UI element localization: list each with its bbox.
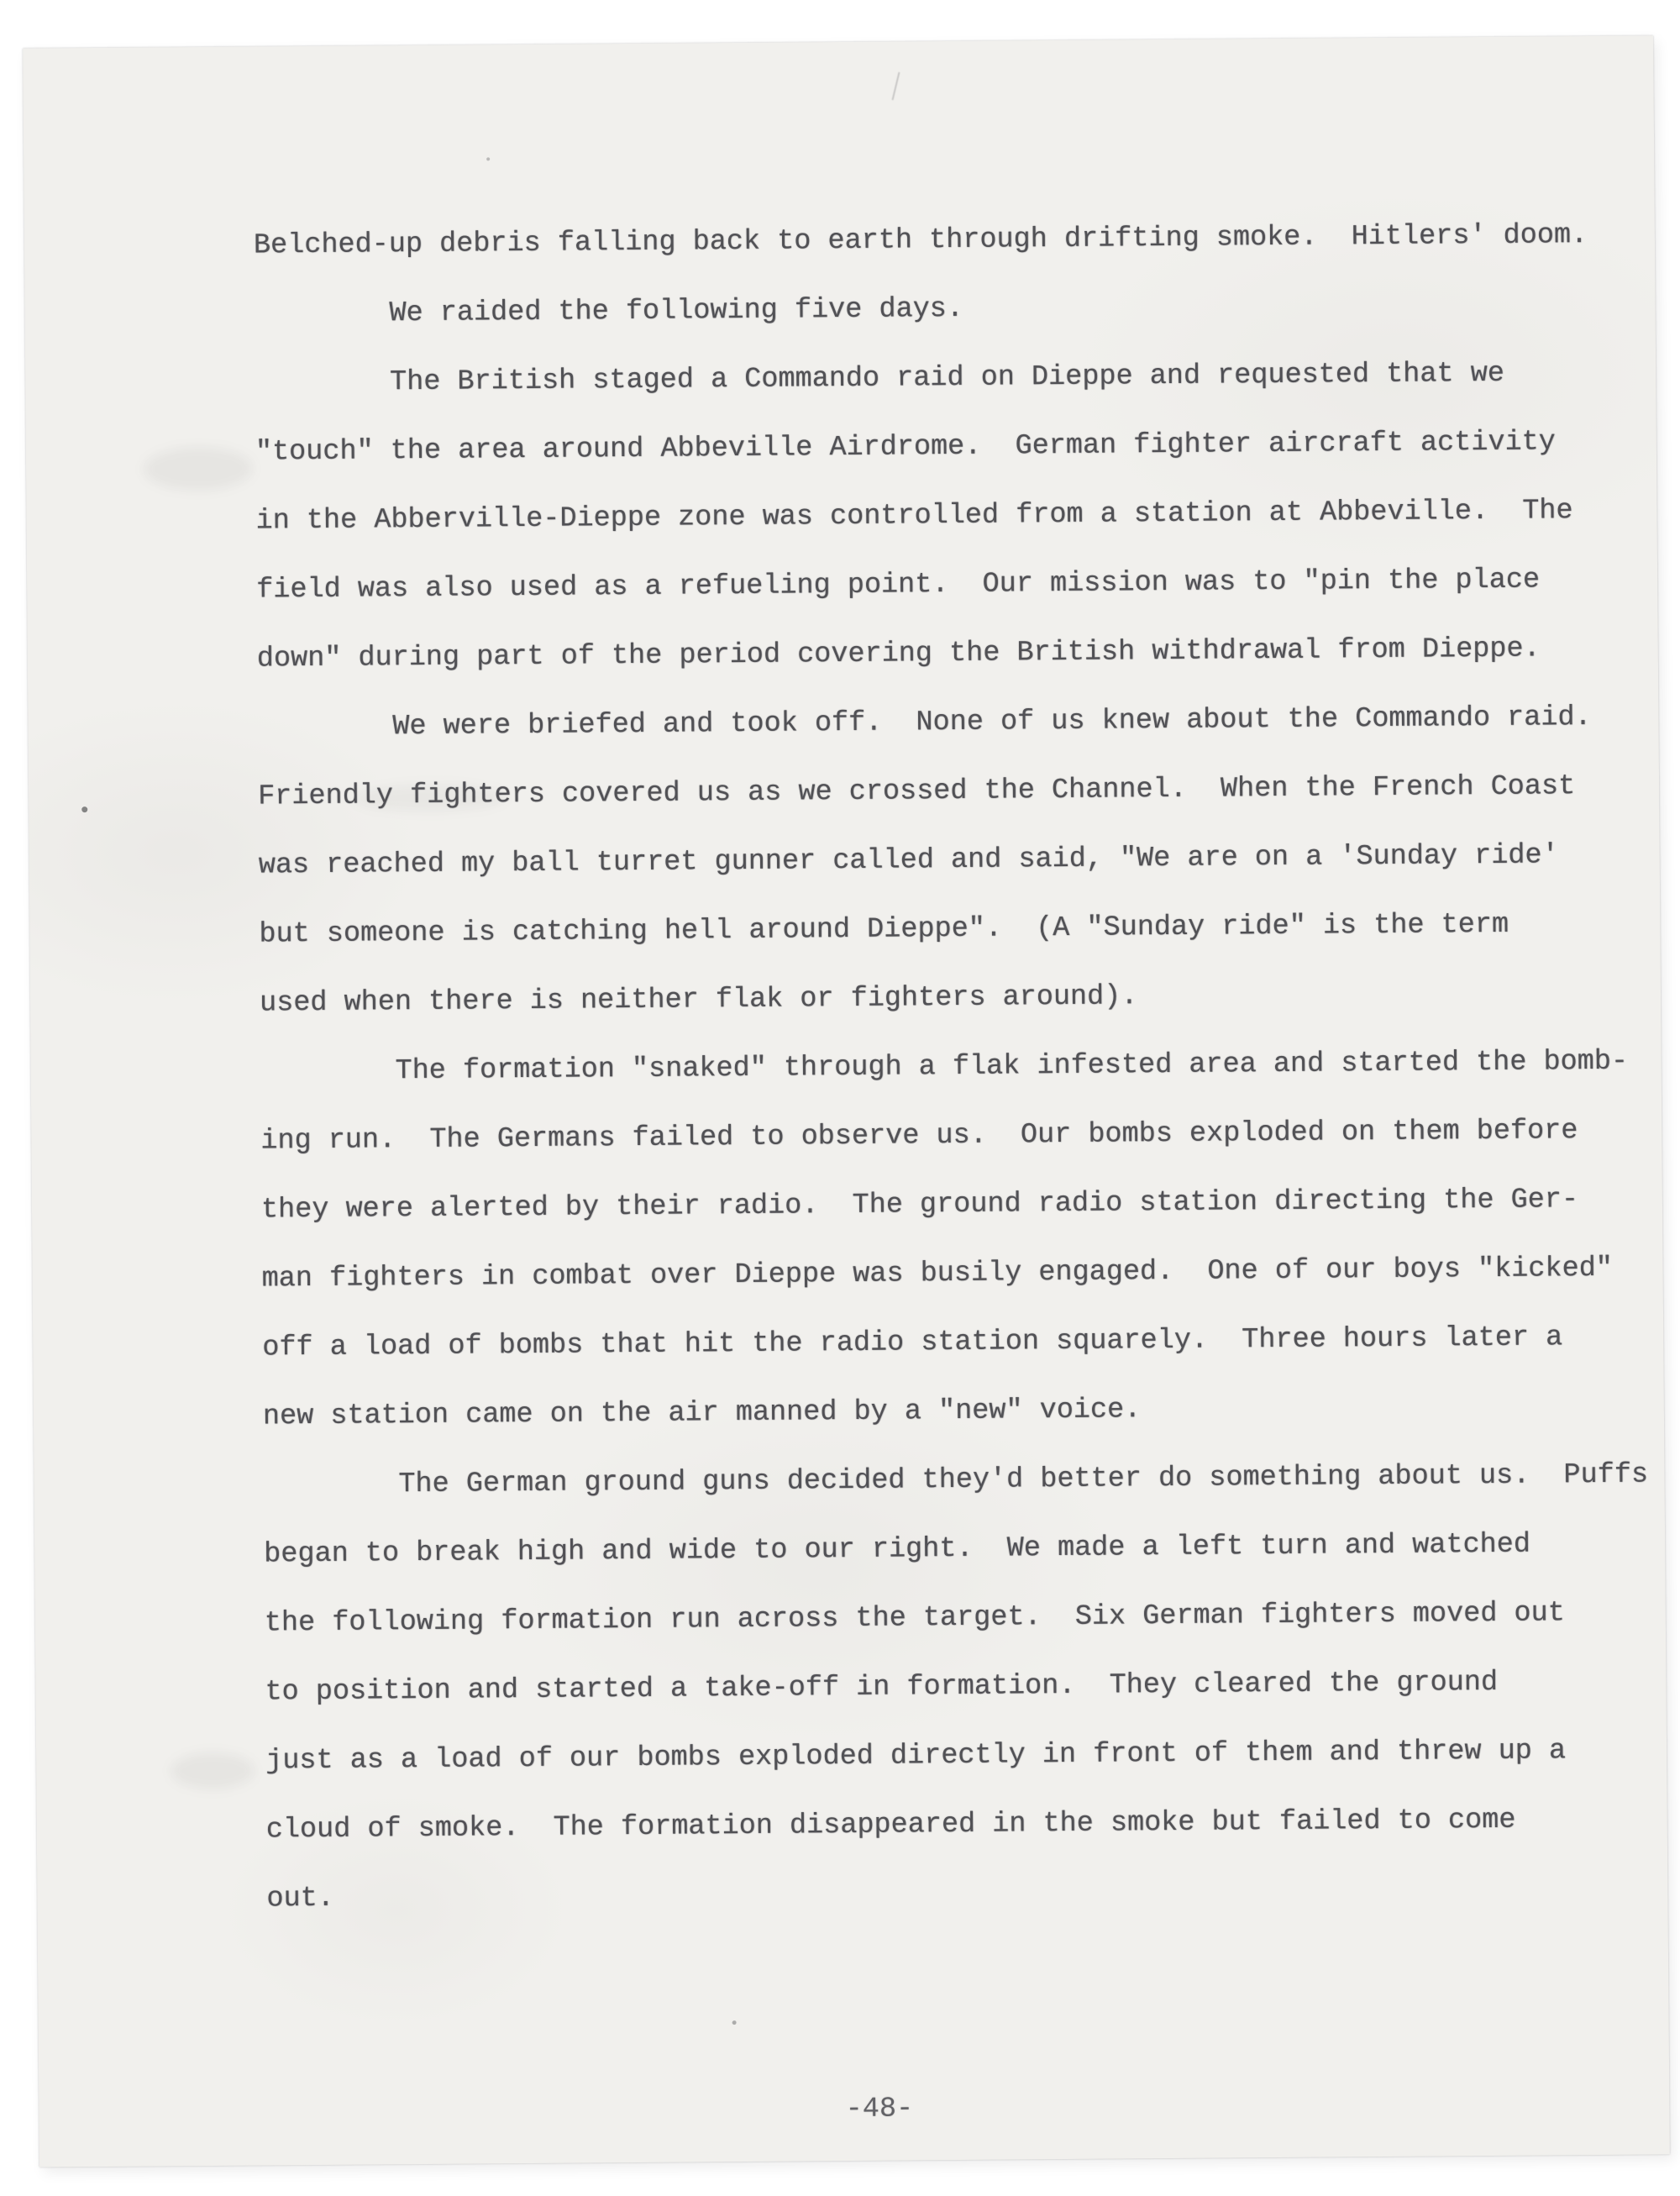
ink-speck <box>732 2020 737 2025</box>
page-number: -48- <box>64 2087 1680 2131</box>
typed-line: Belched-up debris falling back to earth … <box>254 200 1666 280</box>
typed-line: the following formation run across the t… <box>265 1578 1677 1658</box>
typed-line: The British staged a Commando raid on Di… <box>255 338 1667 418</box>
typed-line: Friendly fighters covered us as we cross… <box>258 751 1670 831</box>
pencil-smudge <box>171 1752 255 1790</box>
typed-line: began to break high and wide to our righ… <box>264 1509 1676 1589</box>
document-page: Belched-up debris falling back to earth … <box>23 35 1670 2167</box>
typed-line: "touch" the area around Abbeville Airdro… <box>255 407 1667 486</box>
ink-speck <box>486 157 490 160</box>
typed-line: ing run. The Germans failed to observe u… <box>260 1095 1672 1175</box>
typed-line: they were alerted by their radio. The gr… <box>261 1164 1673 1244</box>
typed-line: The formation "snaked" through a flak in… <box>260 1027 1672 1106</box>
typed-text-block: Belched-up debris falling back to earth … <box>254 200 1678 1933</box>
typed-line: man fighters in combat over Dieppe was b… <box>261 1233 1673 1313</box>
pencil-smudge <box>144 447 253 491</box>
typed-line: was reached my ball turret gunner called… <box>258 820 1670 900</box>
typed-line: new station came on the air manned by a … <box>263 1371 1675 1451</box>
typed-line: but someone is catching hell around Diep… <box>259 889 1671 969</box>
typed-line: off a load of bombs that hit the radio s… <box>262 1302 1674 1382</box>
typed-line: We were briefed and took off. None of us… <box>257 682 1669 762</box>
typed-line: in the Abberville-Dieppe zone was contro… <box>255 475 1667 555</box>
ink-speck <box>81 806 87 812</box>
typed-line: cloud of smoke. The formation disappeare… <box>265 1784 1677 1864</box>
scan-background: Belched-up debris falling back to earth … <box>0 0 1680 2196</box>
typed-line: The German ground guns decided they'd be… <box>263 1440 1675 1520</box>
typed-line: just as a load of our bombs exploded dir… <box>265 1715 1677 1795</box>
typed-line: We raided the following five days. <box>254 269 1666 349</box>
typed-line: down" during part of the period covering… <box>257 613 1669 693</box>
stray-pen-mark <box>892 72 900 101</box>
typed-line: field was also used as a refueling point… <box>256 544 1668 624</box>
typed-line: out. <box>266 1853 1678 1933</box>
typed-line: to position and started a take-off in fo… <box>265 1647 1677 1726</box>
typed-line: used when there is neither flak or fight… <box>260 958 1672 1038</box>
